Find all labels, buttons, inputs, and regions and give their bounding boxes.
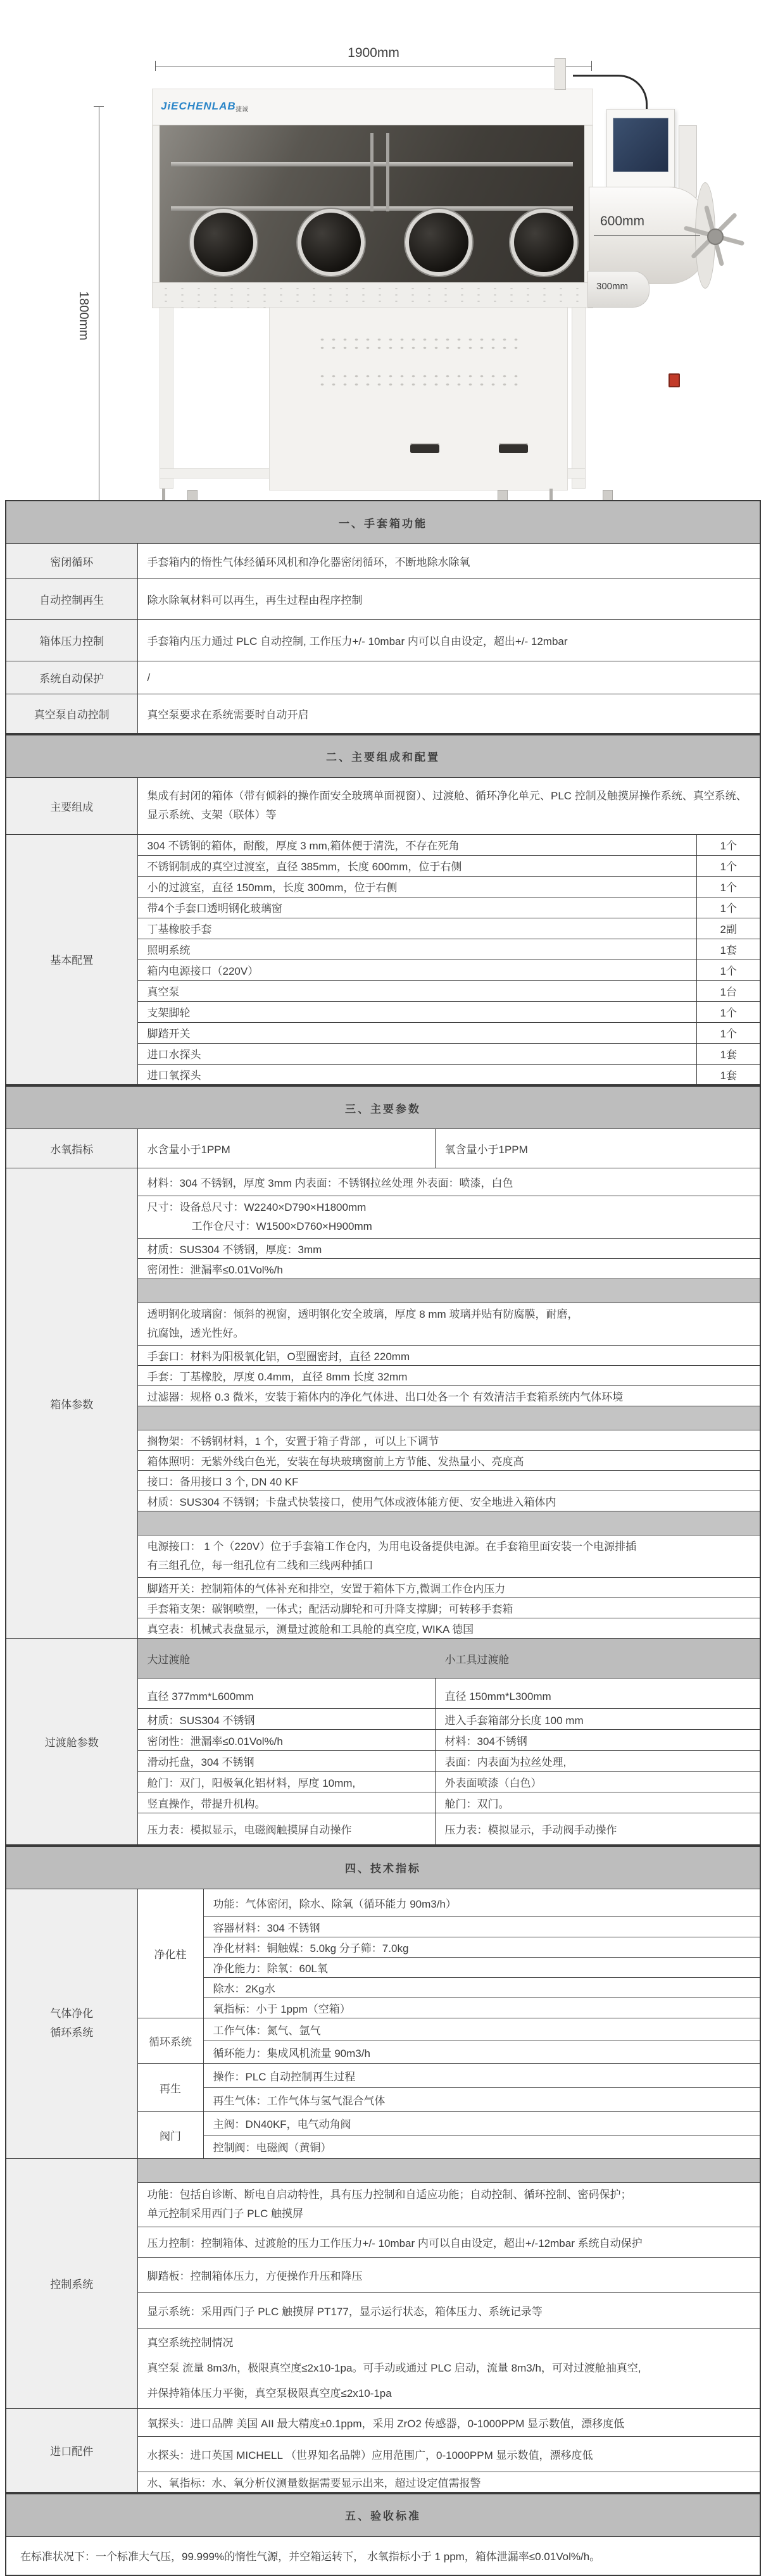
spec-value: 材质：SUS304 不锈钢，厚度：3mm: [137, 1239, 760, 1259]
mini-antechamber-label: 300mm: [596, 281, 628, 292]
spec-value: 再生气体：工作气体与氢气混合气体: [203, 2087, 760, 2111]
section-composition-table: 二、主要组成和配置 主要组成 集成有封闭的箱体（带有倾斜的操作面安全玻璃单面视窗…: [5, 734, 761, 1086]
spec-row: 在标准状况下：一个标准大气压，99.999%的惰性气源，并空箱运转下， 水氧指标…: [6, 2536, 760, 2575]
section-title: 五、验收标准: [6, 2494, 760, 2537]
spec-value: 箱体照明：无紫外线白色光，安装在每块玻璃窗前上方节能、发热量小、亮度高: [137, 1451, 760, 1471]
spec-row: 系统自动保护/: [6, 661, 760, 694]
spec-value: 操作：PLC 自动控制再生过程: [203, 2063, 760, 2087]
spec-qty: 1套: [697, 1043, 760, 1064]
spec-row: 箱体压力控制手套箱内压力通过 PLC 自动控制, 工作压力+/- 10mbar …: [6, 620, 760, 661]
section-header: 三、主要参数: [6, 1086, 760, 1129]
spec-value: 小的过渡室，直径 150mm，长度 300mm，位于右侧: [137, 876, 697, 897]
spec-value: 功能：气体密闭，除水、除氧（循环能力 90m3/h）: [203, 1889, 760, 1916]
spec-row: 密闭循环手套箱内的惰性气体经循环风机和净化器密闭循环，不断地除水除氧: [6, 544, 760, 579]
spec-value: 水含量小于1PPM: [137, 1129, 435, 1168]
emergency-stop-button: [669, 373, 680, 387]
section-header: 二、主要组成和配置: [6, 735, 760, 778]
spec-value: 外表面喷漆（白色）: [435, 1772, 760, 1792]
vent-holes: [317, 372, 519, 389]
antechamber-col1-title: 大过渡舱: [137, 1639, 435, 1679]
spec-value: 脚踏开关：控制箱体的气体补充和排空，安置于箱体下方,微调工作仓内压力: [137, 1578, 760, 1598]
spec-value: 压力表：模拟显示，手动阀手动操作: [435, 1813, 760, 1845]
spec-qty: 1个: [697, 1001, 760, 1022]
dimension-tick: [155, 61, 156, 71]
spec-row: 基本配置 304 不锈钢的箱体，耐酸，厚度 3 mm,箱体便于清洗，不存在死角1…: [6, 834, 760, 855]
stand-leg: [160, 307, 173, 489]
section-header: 一、手套箱功能: [6, 501, 760, 544]
spec-label-line: 循环系统: [16, 2023, 128, 2042]
spec-value: 手套箱支架：碳钢喷塑，一体式；配活动脚轮和可升降支撑脚；可转移手套箱: [137, 1598, 760, 1618]
spec-value: 丁基橡胶手套: [137, 918, 697, 939]
spec-line: 真空泵 流量 8m3/h，极限真空度≤2x10-1pa。可手动或通过 PLC 启…: [148, 2356, 751, 2381]
spec-value: 主阀：DN40KF，电气动角阀: [203, 2111, 760, 2135]
touchscreen-display: [613, 118, 669, 172]
spec-value: 手套箱内的惰性气体经循环风机和净化器密闭循环，不断地除水除氧: [137, 544, 760, 579]
spec-value: 表面：内表面为拉丝处理,: [435, 1751, 760, 1772]
spec-value: 舱门：双门，阳极氧化铝材料，厚度 10mm,: [137, 1772, 435, 1792]
spec-value: 水、氧指标：水、氧分析仪测量数据需要显示出来，超过设定值需报警: [137, 2472, 760, 2492]
spec-label: 过渡舱参数: [6, 1639, 137, 1845]
spec-qty: 1个: [697, 855, 760, 876]
dimension-tick: [591, 61, 592, 71]
vent-holes: [317, 335, 519, 352]
door-lift-rail: [679, 125, 697, 197]
spec-value: 材料：304 不锈钢，厚度 3mm 内表面：不锈钢拉丝处理 外表面：喷漆，白色: [137, 1168, 760, 1196]
section-title: 三、主要参数: [6, 1086, 760, 1129]
spec-label: 水氧指标: [6, 1129, 137, 1168]
spacer-cell: [137, 1406, 760, 1430]
shelf-post: [370, 133, 374, 211]
spacer-cell: [137, 2158, 760, 2182]
top-sensor: [555, 58, 566, 90]
spec-qty: 1台: [697, 980, 760, 1001]
spec-value: 净化能力：除氧：60L氧: [203, 1957, 760, 1977]
spec-label-line: 气体净化: [16, 2004, 128, 2023]
spacer-cell: [137, 1279, 760, 1303]
glove-port: [510, 209, 577, 276]
spec-qty: 1个: [697, 876, 760, 897]
spec-value: 容器材料：304 不锈钢: [203, 1916, 760, 1937]
spec-value: 进口氧探头: [137, 1064, 697, 1085]
antechamber-length-label: 600mm: [600, 214, 644, 229]
spec-line: 工作仓尺寸：W1500×D760×H900mm: [148, 1217, 751, 1236]
spec-value: 透明钢化玻璃窗：倾斜的视窗，透明钢化安全玻璃，厚度 8 mm 玻璃并贴有防腐膜，…: [137, 1303, 760, 1346]
base-cabinet: [269, 307, 568, 491]
spec-value: 不锈钢制成的真空过渡室，直径 385mm，长度 600mm，位于右侧: [137, 855, 697, 876]
spec-qty: 1套: [697, 939, 760, 960]
spec-line: 透明钢化玻璃窗：倾斜的视窗，透明钢化安全玻璃，厚度 8 mm 玻璃并贴有防腐膜，…: [148, 1305, 751, 1324]
drawer-handle: [499, 443, 528, 453]
spec-value: 功能：包括自诊断、断电自启动特性，具有压力控制和自适应功能；自动控制、循环控制、…: [137, 2182, 760, 2227]
spec-label: 进口配件: [6, 2408, 137, 2492]
spec-value: 循环能力：集成风机流量 90m3/h: [203, 2041, 760, 2063]
spec-qty: 2副: [697, 918, 760, 939]
antechamber-col2-title: 小工具过渡舱: [435, 1639, 760, 1679]
antechamber-header-row: 过渡舱参数 大过渡舱 小工具过渡舱: [6, 1639, 760, 1679]
antechamber-dim-line: [594, 235, 700, 236]
spec-label: 密闭循环: [6, 544, 137, 579]
spec-value: 搁物架：不锈钢材料，1 个，安置于箱子背部 ，可以上下调节: [137, 1430, 760, 1451]
spec-value: 手套：丁基橡胶，厚度 0.4mm，直径 8mm 长度 32mm: [137, 1366, 760, 1386]
spec-value: 直径 150mm*L300mm: [435, 1679, 760, 1709]
spacer-cell: [137, 1511, 760, 1535]
section-title: 一、手套箱功能: [6, 501, 760, 544]
spec-row: 真空泵自动控制真空泵要求在系统需要时自动开启: [6, 694, 760, 734]
spec-label: 主要组成: [6, 777, 137, 834]
spec-line: 尺寸：设备总尺寸：W2240×D790×H1800mm: [148, 1198, 751, 1217]
spec-value: 竖直操作，带提升机构。: [137, 1792, 435, 1813]
spec-value: 工作气体：氮气、氩气: [203, 2018, 760, 2041]
spec-value: 显示系统：采用西门子 PLC 触摸屏 PT177，显示运行状态，箱体压力、系统记…: [137, 2292, 760, 2328]
spec-value: 材料：304不锈钢: [435, 1730, 760, 1751]
spec-sublabel: 循环系统: [137, 2018, 203, 2063]
spec-label: 真空泵自动控制: [6, 694, 137, 734]
product-image: 1900mm 1800mm JiECHENLAB 捷诚: [0, 0, 766, 500]
shelf-post: [386, 133, 389, 211]
spec-value: 真空泵: [137, 980, 697, 1001]
spec-label: 箱体参数: [6, 1168, 137, 1639]
spec-value: 直径 377mm*L600mm: [137, 1679, 435, 1709]
spec-value: 进入手套箱部分长度 100 mm: [435, 1709, 760, 1730]
dimension-tick: [94, 106, 104, 107]
glovebox-sill: [152, 282, 593, 308]
spec-qty: 1个: [697, 1022, 760, 1043]
spec-value: 真空泵要求在系统需要时自动开启: [137, 694, 760, 734]
spec-row: 水氧指标 水含量小于1PPM 氧含量小于1PPM: [6, 1129, 760, 1168]
section-title: 二、主要组成和配置: [6, 735, 760, 778]
section-header: 五、验收标准: [6, 2494, 760, 2537]
spec-value: 密闭性：泄漏率≤0.01Vol%/h: [137, 1259, 760, 1279]
brand-logo: JiECHENLAB: [161, 100, 236, 113]
stand-leg: [572, 307, 586, 489]
spec-value: 氧含量小于1PPM: [435, 1129, 760, 1168]
spec-value: 控制阀：电磁阀（黄铜）: [203, 2135, 760, 2158]
spec-label: 系统自动保护: [6, 661, 137, 694]
spec-value: 手套口：材料为阳极氧化铝，O型圈密封，直径 220mm: [137, 1346, 760, 1366]
spec-qty: 1个: [697, 834, 760, 855]
caster-fork: [498, 490, 508, 500]
spec-row: 自动控制再生除水除氧材料可以再生，再生过程由程序控制: [6, 579, 760, 620]
leveling-foot: [549, 489, 553, 500]
spacer-row: 控制系统: [6, 2158, 760, 2182]
spec-value: 密闭性：泄漏率≤0.01Vol%/h: [137, 1730, 435, 1751]
spec-label: 气体净化循环系统: [6, 1889, 137, 2158]
spec-value: 电源接口： 1 个（220V）位于手套箱工作仓内，为用电设备提供电源。在手套箱里…: [137, 1535, 760, 1578]
dimension-height-label: 1800mm: [76, 291, 91, 341]
spec-row: 箱体参数 材料：304 不锈钢，厚度 3mm 内表面：不锈钢拉丝处理 外表面：喷…: [6, 1168, 760, 1196]
spec-line: 单元控制采用西门子 PLC 触摸屏: [148, 2204, 751, 2223]
spec-row: 气体净化循环系统 净化柱 功能：气体密闭，除水、除氧（循环能力 90m3/h）: [6, 1889, 760, 1916]
spec-row: 主要组成 集成有封闭的箱体（带有倾斜的操作面安全玻璃单面视窗）、过渡舱、循环净化…: [6, 777, 760, 834]
spec-value: /: [137, 661, 760, 694]
spec-line: 有三组孔位，每一组孔位有二线和三线两种插口: [148, 1556, 751, 1575]
spec-value: 压力控制：控制箱体、过渡舱的压力工作压力+/- 10mbar 内可以自由设定，超…: [137, 2227, 760, 2257]
spec-value: 除水除氧材料可以再生，再生过程由程序控制: [137, 579, 760, 620]
spec-qty: 1套: [697, 1064, 760, 1085]
spec-line: 功能：包括自诊断、断电自启动特性，具有压力控制和自适应功能；自动控制、循环控制、…: [148, 2185, 751, 2204]
spec-sublabel: 阀门: [137, 2111, 203, 2158]
spec-value: 材质：SUS304 不锈钢: [137, 1709, 435, 1730]
spec-value: 尺寸：设备总尺寸：W2240×D790×H1800mm工作仓尺寸：W1500×D…: [137, 1196, 760, 1239]
spec-value: 在标准状况下：一个标准大气压，99.999%的惰性气源，并空箱运转下， 水氧指标…: [6, 2536, 760, 2575]
section-title: 四、技术指标: [6, 1846, 760, 1889]
section-header: 四、技术指标: [6, 1846, 760, 1889]
spec-row: 进口配件 氧探头：进口品牌 美国 AII 最大精度±0.1ppm，采用 ZrO2…: [6, 2408, 760, 2436]
spec-value: 滑动托盘，304 不锈钢: [137, 1751, 435, 1772]
dimension-width-line: [155, 66, 592, 66]
dimension-width-label: 1900mm: [155, 46, 592, 61]
spec-value: 除水：2Kg水: [203, 1977, 760, 1998]
spec-label: 箱体压力控制: [6, 620, 137, 661]
spec-value: 材质：SUS304 不锈钢；卡盘式快装接口，使用气体或液体能方便、安全地进入箱体…: [137, 1491, 760, 1511]
spec-value: 真空系统控制情况真空泵 流量 8m3/h，极限真空度≤2x10-1pa。可手动或…: [137, 2328, 760, 2408]
leveling-foot: [162, 489, 165, 500]
product-spec-page: 1900mm 1800mm JiECHENLAB 捷诚: [0, 0, 766, 2576]
section-technical-table: 四、技术指标 气体净化循环系统 净化柱 功能：气体密闭，除水、除氧（循环能力 9…: [5, 1846, 761, 2493]
spec-value: 水探头：进口英国 MICHELL （世界知名品牌）应用范围广，0-1000PPM…: [137, 2436, 760, 2472]
spec-value: 集成有封闭的箱体（带有倾斜的操作面安全玻璃单面视窗）、过渡舱、循环净化单元、PL…: [137, 777, 760, 834]
spec-label: 自动控制再生: [6, 579, 137, 620]
glove-port: [190, 209, 257, 276]
spec-sublabel: 净化柱: [137, 1889, 203, 2018]
glove-port: [405, 209, 472, 276]
spec-value: 净化材料：铜触媒：5.0kg 分子筛：7.0kg: [203, 1937, 760, 1957]
spec-value: 氧指标：小于 1ppm（空箱）: [203, 1998, 760, 2018]
spec-sublabel: 再生: [137, 2063, 203, 2111]
spec-label: 基本配置: [6, 834, 137, 1085]
caster-fork: [187, 490, 198, 500]
spec-value: 过滤器：规格 0.3 微米，安装于箱体内的净化气体进、出口处各一个 有效清洁手套…: [137, 1386, 760, 1406]
spec-label: 控制系统: [6, 2158, 137, 2408]
spec-value: 脚踏开关: [137, 1022, 697, 1043]
spec-value: 带4个手套口透明钢化玻璃窗: [137, 897, 697, 918]
dimension-height-line: [99, 106, 99, 500]
spec-line: 电源接口： 1 个（220V）位于手套箱工作仓内，为用电设备提供电源。在手套箱里…: [148, 1537, 751, 1556]
handwheel-hub: [707, 228, 724, 245]
spec-value: 支架脚轮: [137, 1001, 697, 1022]
spec-value: 进口水探头: [137, 1043, 697, 1064]
spec-qty: 1个: [697, 897, 760, 918]
spec-line: 并保持箱体压力平衡，真空泵极限真空度≤2x10-1pa: [148, 2381, 751, 2406]
spec-value: 脚踏板：控制箱体压力，方便操作升压和降压: [137, 2257, 760, 2292]
spec-value: 箱内电源接口（220V）: [137, 960, 697, 980]
section-functions-table: 一、手套箱功能 密闭循环手套箱内的惰性气体经循环风机和净化器密闭循环，不断地除水…: [5, 500, 761, 734]
spec-value: 304 不锈钢的箱体，耐酸，厚度 3 mm,箱体便于清洗，不存在死角: [137, 834, 697, 855]
spec-value: 接口：备用接口 3 个, DN 40 KF: [137, 1471, 760, 1491]
spec-value: 压力表：模拟显示，电磁阀触摸屏自动操作: [137, 1813, 435, 1845]
brand-logo-cn: 捷诚: [235, 104, 248, 113]
spec-value: 舱门：双门。: [435, 1792, 760, 1813]
spec-line: 真空系统控制情况: [148, 2330, 751, 2356]
section-acceptance-table: 五、验收标准 在标准状况下：一个标准大气压，99.999%的惰性气源，并空箱运转…: [5, 2493, 761, 2576]
spec-value: 真空表：机械式表盘显示，测量过渡舱和工具舱的真空度, WIKA 德国: [137, 1618, 760, 1639]
spec-qty: 1个: [697, 960, 760, 980]
spec-value: 氧探头：进口品牌 美国 AII 最大精度±0.1ppm，采用 ZrO2 传感器，…: [137, 2408, 760, 2436]
glove-port: [298, 209, 365, 276]
section-parameters-table: 三、主要参数 水氧指标 水含量小于1PPM 氧含量小于1PPM 箱体参数 材料：…: [5, 1085, 761, 1846]
drawer-handle: [410, 443, 439, 453]
spec-value: 手套箱内压力通过 PLC 自动控制, 工作压力+/- 10mbar 内可以自由设…: [137, 620, 760, 661]
caster-fork: [603, 490, 613, 500]
spec-line: 抗腐蚀，透光性好。: [148, 1324, 751, 1343]
spec-value: 照明系统: [137, 939, 697, 960]
